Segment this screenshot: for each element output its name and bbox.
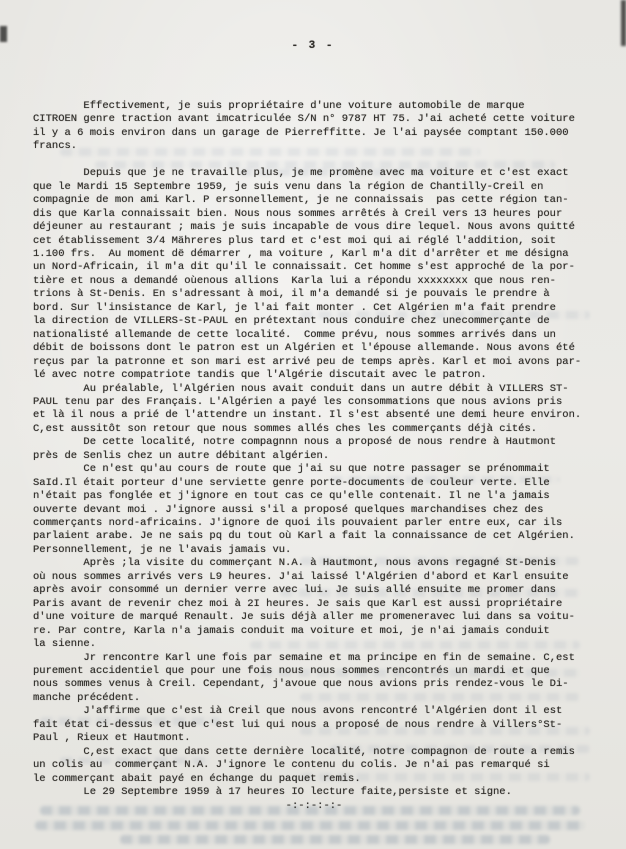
bleed-through-smudge xyxy=(35,821,585,830)
scanned-deposition-page: - 3 - Effectivement, je suis propriétair… xyxy=(0,0,626,849)
scan-edge-mark xyxy=(621,0,626,46)
bleed-through-smudge xyxy=(120,835,550,844)
paragraph-trip-creil: Depuis que je ne travaille plus, je me p… xyxy=(33,167,595,382)
page-number: - 3 - xyxy=(0,40,626,52)
paragraph-return-st-denis: Après ;la visite du commerçant N.A. à Ha… xyxy=(33,557,595,651)
paragraph-package: C,est exact que dans cette dernière loca… xyxy=(33,746,595,786)
deposition-text: Effectivement, je suis propriétaire d'un… xyxy=(33,100,595,813)
paragraph-villers-st-paul: Au préalable, l'Algérien nous avait cond… xyxy=(33,383,595,437)
paragraph-hautmont: De cette localité, notre compagnnn nous … xyxy=(33,436,595,463)
paragraph-affirmation: J'affirme que c'est ià Creil que nous av… xyxy=(33,705,595,745)
paragraph-passenger: Ce n'est qu'au cours de route que j'ai s… xyxy=(33,463,595,557)
end-separator: -:-:-:-:- xyxy=(33,800,595,813)
paragraph-weekly-meetings: Jr rencontre Karl une fois par semaine e… xyxy=(33,652,595,706)
scan-edge-mark xyxy=(0,26,7,42)
paragraph-vehicle: Effectivement, je suis propriétaire d'un… xyxy=(33,100,595,154)
closing-statement-line: Le 29 Septembre 1959 à 17 heures IO lect… xyxy=(33,786,595,799)
